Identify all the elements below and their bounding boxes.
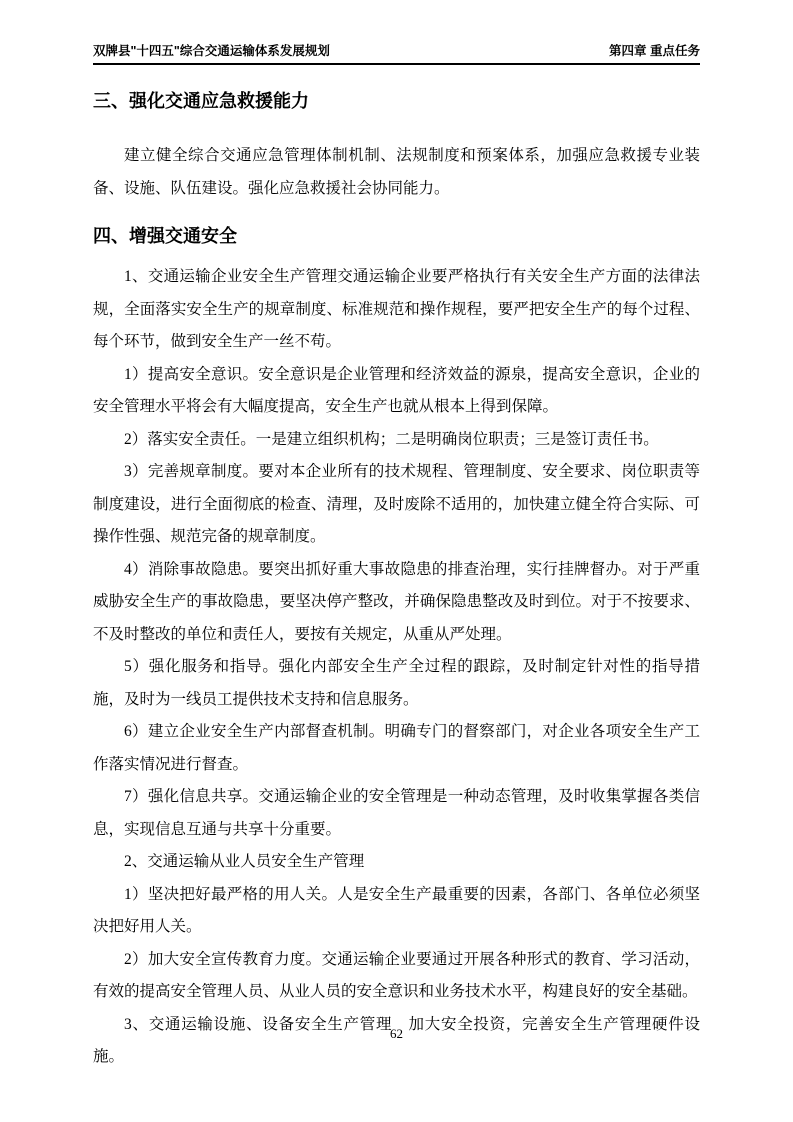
page-header: 双牌县"十四五"综合交通运输体系发展规划 第四章 重点任务 — [93, 44, 700, 65]
document-page: 双牌县"十四五"综合交通运输体系发展规划 第四章 重点任务 三、强化交通应急救援… — [0, 0, 793, 1122]
paragraph: 5）强化服务和指导。强化内部安全生产全过程的跟踪，及时制定针对性的指导措施，及时… — [93, 651, 700, 716]
section-heading-emergency-rescue: 三、强化交通应急救援能力 — [93, 90, 700, 112]
paragraph: 1）提高安全意识。安全意识是企业管理和经济效益的源泉，提高安全意识，企业的安全管… — [93, 359, 700, 424]
paragraph: 4）消除事故隐患。要突出抓好重大事故隐患的排查治理，实行挂牌督办。对于严重威胁安… — [93, 554, 700, 652]
paragraph: 建立健全综合交通应急管理体制机制、法规制度和预案体系，加强应急救援专业装备、设施… — [93, 140, 700, 205]
paragraph: 3）完善规章制度。要对本企业所有的技术规程、管理制度、安全要求、岗位职责等制度建… — [93, 456, 700, 554]
page-footer: 62 — [0, 1026, 793, 1042]
paragraph: 2、交通运输从业人员安全生产管理 — [93, 846, 700, 879]
section-body-emergency-rescue: 建立健全综合交通应急管理体制机制、法规制度和预案体系，加强应急救援专业装备、设施… — [93, 140, 700, 205]
section-body-traffic-safety: 1、交通运输企业安全生产管理交通运输企业要严格执行有关安全生产方面的法律法规，全… — [93, 261, 700, 1074]
paragraph: 1）坚决把好最严格的用人关。人是安全生产最重要的因素，各部门、各单位必须坚决把好… — [93, 879, 700, 944]
paragraph: 2）落实安全责任。一是建立组织机构；二是明确岗位职责；三是签订责任书。 — [93, 424, 700, 457]
section-heading-traffic-safety: 四、增强交通安全 — [93, 225, 700, 247]
paragraph: 2）加大安全宣传教育力度。交通运输企业要通过开展各种形式的教育、学习活动，有效的… — [93, 944, 700, 1009]
paragraph: 1、交通运输企业安全生产管理交通运输企业要严格执行有关安全生产方面的法律法规，全… — [93, 261, 700, 359]
page-content: 三、强化交通应急救援能力 建立健全综合交通应急管理体制机制、法规制度和预案体系，… — [93, 64, 700, 1074]
header-document-title: 双牌县"十四五"综合交通运输体系发展规划 — [93, 44, 330, 58]
paragraph: 6）建立企业安全生产内部督查机制。明确专门的督察部门，对企业各项安全生产工作落实… — [93, 716, 700, 781]
paragraph: 7）强化信息共享。交通运输企业的安全管理是一种动态管理，及时收集掌握各类信息，实… — [93, 781, 700, 846]
page-number: 62 — [390, 1026, 403, 1041]
header-chapter-label: 第四章 重点任务 — [609, 44, 700, 58]
